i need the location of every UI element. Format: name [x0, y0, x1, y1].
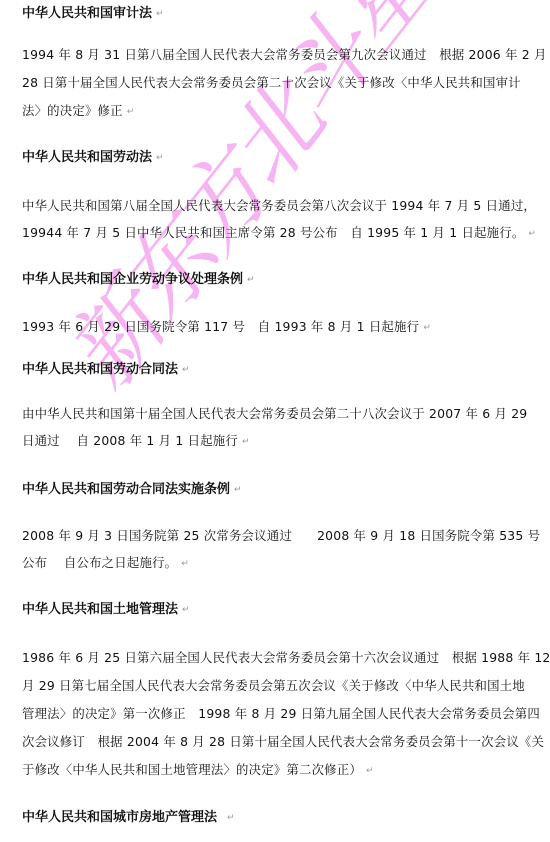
- heading-text: 中华人民共和国审计法: [22, 6, 152, 21]
- paragraph-mark-icon: ↵: [156, 9, 164, 19]
- paragraph-line: 1993 年 6 月 29 日国务院令第 117 号 自 1993 年 8 月 …: [22, 319, 431, 336]
- paragraph-line: 管理法〉的决定》第一次修正 1998 年 8 月 29 日第九届全国人民代表大会…: [22, 706, 540, 722]
- heading-text: 中华人民共和国土地管理法: [22, 602, 178, 617]
- paragraph-line: 次会议修订 根据 2004 年 8 月 28 日第十届全国人民代表大会常务委员会…: [22, 734, 544, 750]
- section-heading: 中华人民共和国劳动合同法↵: [22, 362, 190, 378]
- paragraph-mark-icon: ↵: [242, 437, 250, 447]
- paragraph-line: 日通过 自 2008 年 1 月 1 日起施行↵: [22, 433, 250, 450]
- section-heading: 中华人民共和国土地管理法↵: [22, 602, 190, 618]
- paragraph-mark-icon: ↵: [423, 323, 431, 333]
- paragraph-mark-icon: ↵: [234, 485, 242, 495]
- document-page: 新东方北斗星司考 中华人民共和国审计法↵ 1994 年 8 月 31 日第八届全…: [0, 0, 550, 842]
- paragraph-mark-icon: ↵: [182, 365, 190, 375]
- paragraph-mark-icon: ↵: [227, 813, 235, 823]
- paragraph-line: 19944 年 7 月 5 日中华人民共和国主席令第 28 号公布 自 1995…: [22, 225, 536, 242]
- paragraph-line: 1986 年 6 月 25 日第六届全国人民代表大会常务委员会第十六次会议通过 …: [22, 650, 550, 666]
- section-heading: 中华人民共和国城市房地产管理法↵: [22, 810, 235, 826]
- paragraph-line: 2008 年 9 月 3 日国务院第 25 次常务会议通过 2008 年 9 月…: [22, 528, 540, 544]
- heading-text: 中华人民共和国劳动合同法实施条例: [22, 482, 230, 497]
- paragraph-line: 28 日第十届全国人民代表大会常务委员会第二十次会议《关于修改〈中华人民共和国审…: [22, 75, 521, 91]
- heading-text: 中华人民共和国城市房地产管理法: [22, 810, 217, 825]
- paragraph-mark-icon: ↵: [366, 766, 374, 776]
- paragraph-line: 月 29 日第七届全国人民代表大会常务委员会第五次会议《关于修改〈中华人民共和国…: [22, 678, 525, 694]
- paragraph-line: 1994 年 8 月 31 日第八届全国人民代表大会常务委员会第九次会议通过 根…: [22, 47, 547, 63]
- heading-text: 中华人民共和国劳动法: [22, 150, 152, 165]
- paragraph-mark-icon: ↵: [127, 107, 135, 117]
- paragraph-line: 由中华人民共和国第十届全国人民代表大会常务委员会第二十八次会议于 2007 年 …: [22, 406, 527, 422]
- paragraph-mark-icon: ↵: [528, 229, 536, 239]
- paragraph-line: 法〉的决定》修正↵: [22, 103, 134, 120]
- paragraph-line: 公布 自公布之日起施行。↵: [22, 555, 189, 572]
- heading-text: 中华人民共和国企业劳动争议处理条例: [22, 272, 243, 287]
- paragraph-line: 中华人民共和国第八届全国人民代表大会常务委员会第八次会议于 1994 年 7 月…: [22, 198, 536, 214]
- paragraph-line: 于修改〈中华人民共和国土地管理法〉的决定》第二次修正）↵: [22, 762, 374, 779]
- section-heading: 中华人民共和国审计法↵: [22, 6, 164, 22]
- section-heading: 中华人民共和国劳动法↵: [22, 150, 164, 166]
- paragraph-mark-icon: ↵: [181, 559, 189, 569]
- paragraph-mark-icon: ↵: [182, 605, 190, 615]
- paragraph-mark-icon: ↵: [156, 153, 164, 163]
- heading-text: 中华人民共和国劳动合同法: [22, 362, 178, 377]
- section-heading: 中华人民共和国企业劳动争议处理条例↵: [22, 272, 255, 288]
- section-heading: 中华人民共和国劳动合同法实施条例↵: [22, 482, 242, 498]
- paragraph-mark-icon: ↵: [247, 275, 255, 285]
